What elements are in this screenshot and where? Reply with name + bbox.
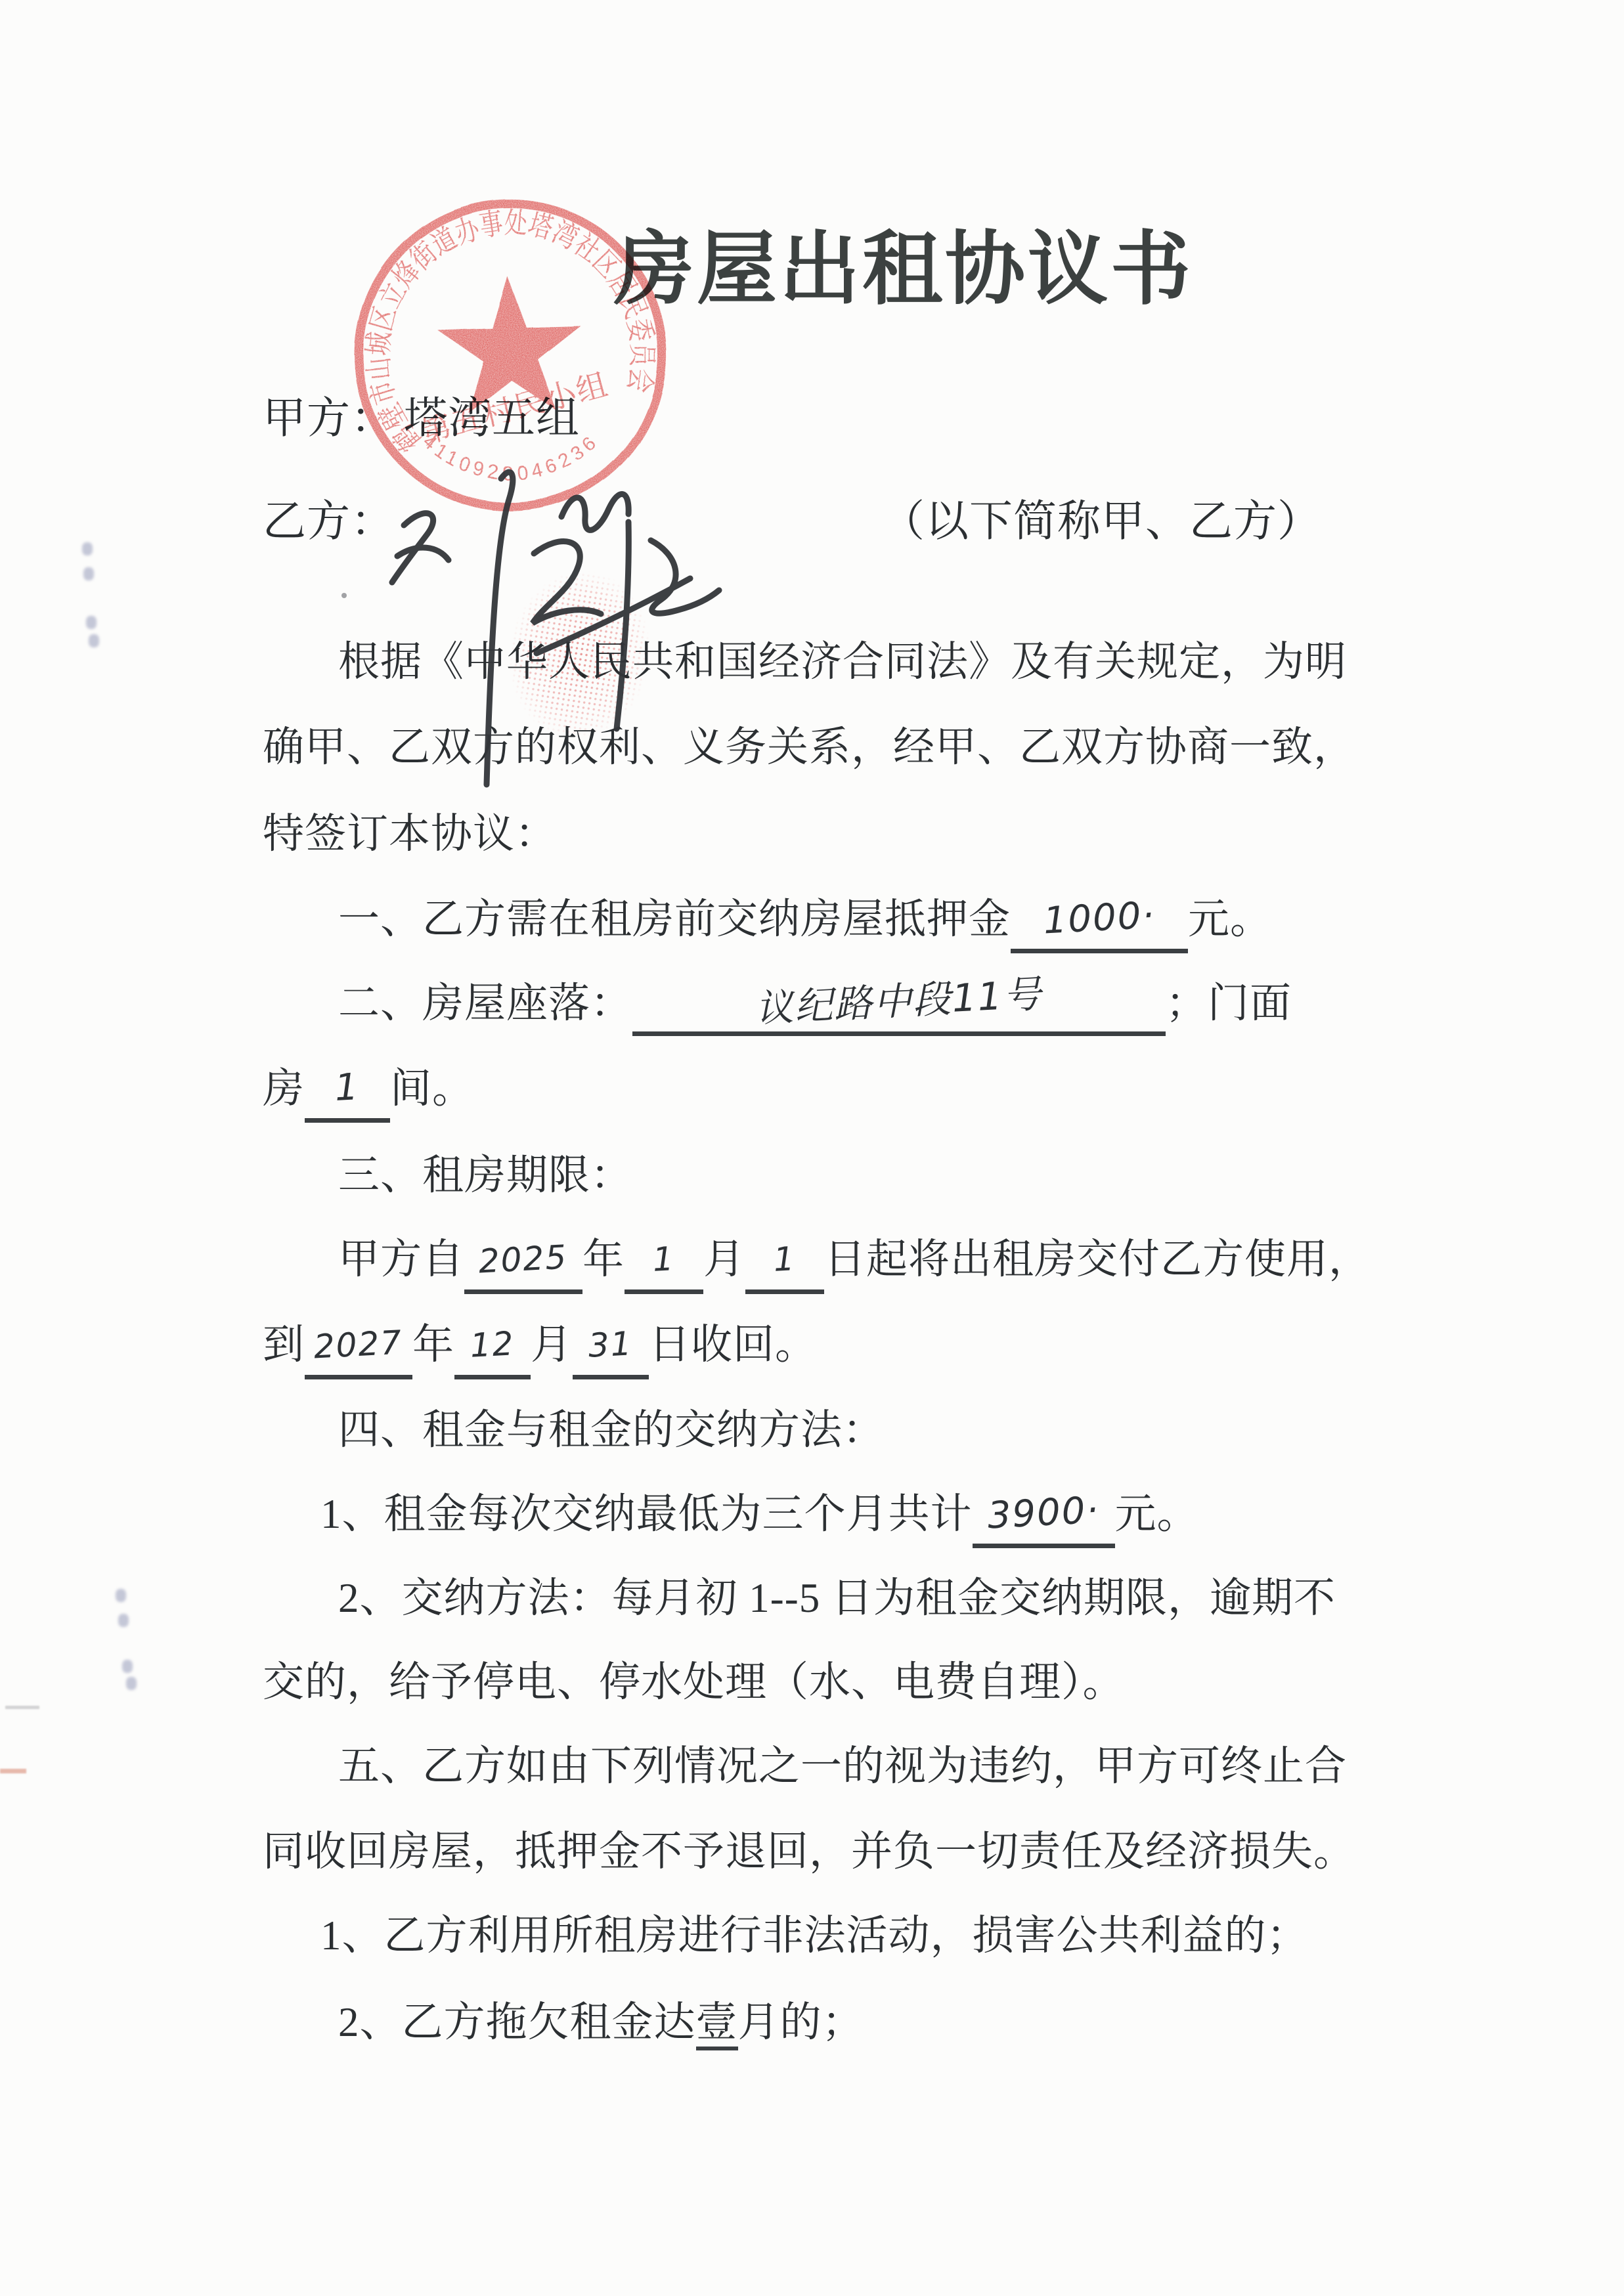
preamble-text: 特签订本协议： (263, 811, 557, 857)
start-month-blank: 1 (625, 1234, 703, 1294)
clause-2-text-after: ；门面 (1166, 980, 1292, 1026)
clause-2-rooms-suf: 间。 (390, 1066, 474, 1112)
bleed-mark (82, 542, 93, 555)
party-b-note: （以下简称甲、乙方） (881, 497, 1321, 547)
scan-edge-mark (5, 1706, 39, 1709)
document-title: 房屋出租协议书 (614, 205, 1193, 320)
term-end-pre: 到 (263, 1322, 305, 1368)
bleed-mark (86, 616, 97, 629)
end-day-blank: 31 (573, 1320, 649, 1379)
breach-item-2-suf: 月的； (738, 1999, 864, 2045)
rent-amount-blank: 3900· (973, 1489, 1115, 1548)
start-month-handwriting: 1 (651, 1234, 676, 1285)
start-year-handwriting: 2025 (477, 1232, 569, 1287)
scan-edge-mark (0, 1769, 26, 1773)
breach-item-2-emphasis: 壹 (696, 1999, 738, 2050)
scanned-rental-agreement-page: 房屋出租协议书 鹤壁市山城区立烽街道办事处塔湾社区居民委员会 第五村民小组 41… (0, 0, 1624, 2296)
start-day-blank: 1 (745, 1234, 824, 1294)
bleed-mark (118, 1614, 129, 1627)
clause-1-text: 一、乙方需在租房前交纳房屋抵押金 (338, 896, 1011, 942)
term-year-label: 年 (412, 1322, 454, 1368)
bleed-mark (126, 1677, 137, 1690)
address-handwriting: 议纪路中段11号 (754, 969, 1043, 1034)
clause-5-item-1-line: 1、乙方利用所租房进行非法活动，损害公共利益的； (263, 1911, 1309, 1960)
clause-4-title-line: 四、租金与租金的交纳方法： (263, 1405, 885, 1455)
ink-speck (341, 593, 347, 598)
clause-5-line-1: 五、乙方如由下列情况之一的视为违约，甲方可终止合 (263, 1741, 1347, 1791)
rent-amount-suf: 元。 (1115, 1491, 1199, 1537)
preamble-line-3: 特签订本协议： (263, 809, 557, 859)
breach-text: 五、乙方如由下列情况之一的视为违约，甲方可终止合 (338, 1743, 1347, 1789)
rent-amount-pre: 1、租金每次交纳最低为三个月共计 (320, 1491, 973, 1537)
breach-item-2-pre: 2、乙方拖欠租金达 (338, 1999, 696, 2045)
start-year-blank: 2025 (464, 1234, 582, 1294)
clause-2-location-line: 二、房屋座落：议纪路中段11号；门面 (263, 978, 1292, 1036)
clause-2-rooms-line: 房1间。 (263, 1064, 474, 1123)
bleed-mark (122, 1660, 133, 1673)
clause-3-title-line: 三、租房期限： (263, 1150, 632, 1200)
clause-4-item-2-line-2: 交的，给予停电、停水处理（水、电费自理）。 (263, 1657, 1125, 1707)
term-end-suf: 日收回。 (649, 1322, 817, 1368)
clause-4-title: 四、租金与租金的交纳方法： (338, 1407, 885, 1453)
clause-4-item-2-line-1: 2、交纳方法：每月初 1--5 日为租金交纳期限，逾期不 (263, 1573, 1336, 1623)
clause-2-text: 二、房屋座落： (338, 980, 632, 1026)
rooms-count-handwriting: 1 (334, 1062, 361, 1114)
end-month-handwriting: 12 (469, 1318, 516, 1370)
breach-item-1-text: 1、乙方利用所租房进行非法活动，损害公共利益的； (320, 1913, 1309, 1959)
term-year-label: 年 (582, 1236, 625, 1282)
clause-1-deposit-line: 一、乙方需在租房前交纳房屋抵押金1000·元。 (263, 894, 1272, 953)
term-month-label: 月 (531, 1322, 573, 1368)
clause-4-item-1-line: 1、租金每次交纳最低为三个月共计3900·元。 (263, 1489, 1199, 1548)
clause-2-rooms-pre: 房 (263, 1066, 305, 1112)
term-month-label: 月 (703, 1236, 745, 1282)
bleed-mark (89, 634, 99, 647)
clause-3-title: 三、租房期限： (338, 1152, 632, 1198)
payment-method-text: 2、交纳方法：每月初 1--5 日为租金交纳期限，逾期不 (338, 1575, 1336, 1621)
term-start-pre: 甲方自 (338, 1236, 464, 1282)
clause-5-item-2-line: 2、乙方拖欠租金达壹月的； (263, 1997, 864, 2047)
end-month-blank: 12 (454, 1320, 531, 1379)
address-blank: 议纪路中段11号 (632, 978, 1166, 1036)
clause-1-unit: 元。 (1188, 896, 1272, 942)
end-day-handwriting: 31 (587, 1318, 634, 1370)
deposit-amount-handwriting: 1000· (1042, 891, 1156, 947)
bleed-mark (83, 567, 94, 580)
start-day-handwriting: 1 (772, 1234, 797, 1285)
breach-text: 同收回房屋，抵押金不予退回，并负一切责任及经济损失。 (263, 1829, 1355, 1874)
clause-3-end-date-line: 到2027年12月31日收回。 (263, 1320, 817, 1379)
rooms-count-blank: 1 (305, 1064, 390, 1123)
clause-5-line-2: 同收回房屋，抵押金不予退回，并负一切责任及经济损失。 (263, 1827, 1355, 1876)
clause-3-start-date-line: 甲方自2025年1月1日起将出租房交付乙方使用， (263, 1234, 1371, 1294)
end-year-handwriting: 2027 (313, 1318, 404, 1372)
party-b-handwritten-signature: 刘（手写签名，字迹潦草） (364, 456, 785, 811)
payment-method-text: 交的，给予停电、停水处理（水、电费自理）。 (263, 1659, 1125, 1705)
rent-amount-handwriting: 3900· (986, 1486, 1101, 1542)
bleed-mark (116, 1589, 126, 1602)
end-year-blank: 2027 (305, 1320, 412, 1379)
deposit-amount-blank: 1000· (1011, 894, 1188, 953)
term-start-suf: 日起将出租房交付乙方使用， (824, 1236, 1371, 1282)
